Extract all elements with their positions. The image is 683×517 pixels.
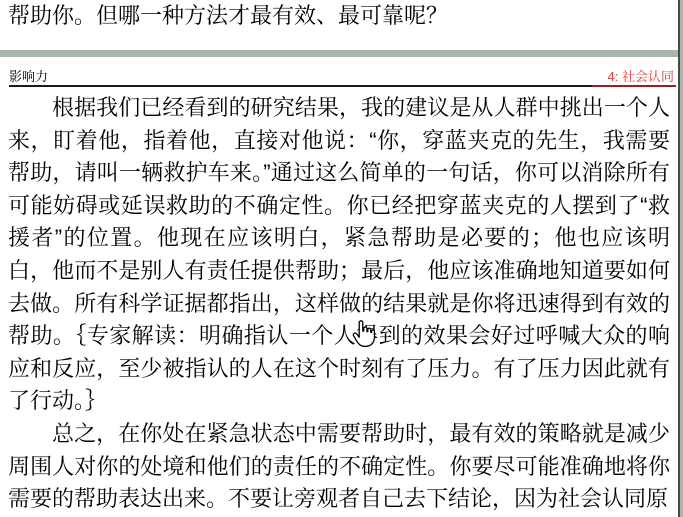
previous-section-text: 帮助你。但哪一种方法才最有效、最可靠呢？ [8,2,669,30]
paragraph: 总之，在你处在紧急状态中需要帮助时，最有效的策略就是减少周围人对你的处境和他们的… [8,418,670,516]
book-title: 影响力 [9,69,48,84]
page-edge-strip [678,0,683,517]
ebook-reader-page[interactable]: 帮助你。但哪一种方法才最有效、最可靠呢？ 影响力 4: 社会认同 根据我们已经看… [0,0,683,517]
chapter-label: 4: 社会认同 [608,69,674,84]
paragraph: 根据我们已经看到的研究结果，我的建议是从人群中挑出一个人来，盯着他，指着他，直接… [8,92,670,418]
section-divider-band [0,50,683,57]
running-header: 影响力 4: 社会认同 [9,66,674,84]
reading-text-area[interactable]: 根据我们已经看到的研究结果，我的建议是从人群中挑出一个人来，盯着他，指着他，直接… [8,92,670,517]
header-rule-red-segment [592,85,676,87]
header-rule [9,85,676,87]
